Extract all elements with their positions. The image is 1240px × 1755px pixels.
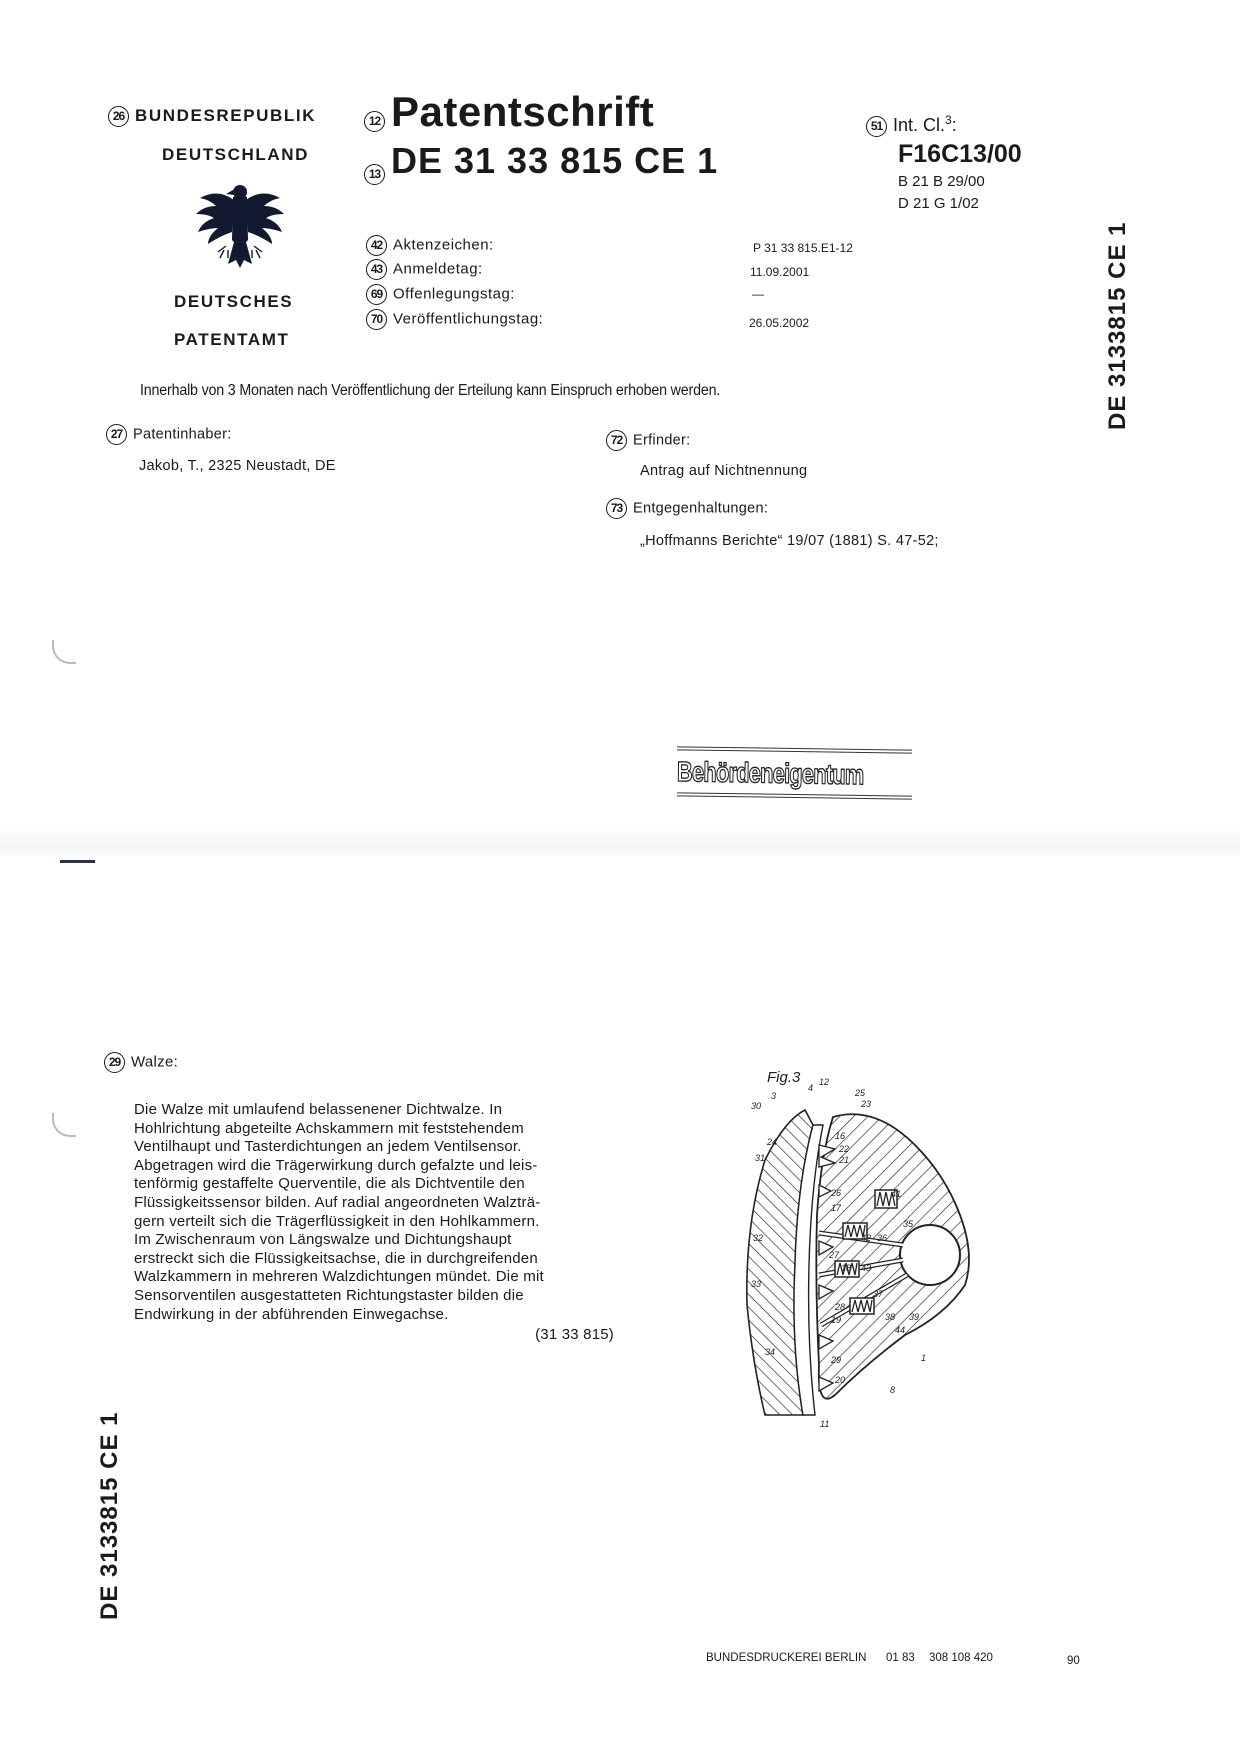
svg-text:23: 23 [860,1099,871,1109]
biblio-value-laid-open-date: — [752,287,764,301]
inid-code-badge: 72 [606,430,627,451]
classification-label: Int. Cl. [893,115,945,135]
abstract-title: Walze: [131,1054,178,1071]
inid-code-badge: 43 [366,259,387,280]
svg-text:37: 37 [873,1289,884,1299]
citations-label: Entgegenhaltungen: [633,501,768,517]
inid-code-badge: 26 [108,106,129,127]
stamp-rule-top [677,746,912,753]
document-type: 12Patentschrift [364,88,654,136]
svg-text:30: 30 [751,1101,761,1111]
abstract-line: Die Walze mit umlaufend belassenener Dic… [134,1101,614,1120]
svg-text:31: 31 [755,1153,765,1163]
svg-text:17: 17 [831,1203,842,1213]
inventor-heading: 72Erfinder: [606,430,691,451]
abstract-line: Endwirkung in der abführenden Einwegachs… [134,1306,614,1325]
inid-code-badge: 73 [606,498,627,519]
svg-text:34: 34 [765,1347,775,1357]
svg-text:12: 12 [819,1077,829,1087]
footer-code2: 308 108 420 [929,1652,993,1664]
scan-fold-shadow [0,828,1240,858]
svg-text:44: 44 [895,1325,905,1335]
abstract-line: Walzkammern in mehreren Walzdichtungen m… [134,1268,614,1287]
document-type-title: Patentschrift [391,88,654,135]
svg-text:36: 36 [877,1233,887,1243]
stamp-text: Behördeneigentum [677,756,865,791]
biblio-value-file-number: P 31 33 815.E1-12 [753,241,853,255]
svg-text:3: 3 [771,1091,776,1101]
inid-code-badge: 12 [364,111,385,132]
svg-text:35: 35 [903,1219,914,1229]
inid-code-badge: 70 [366,309,387,330]
document-number-title: DE 31 33 815 CE 1 [391,140,718,181]
proprietor-label: Patentinhaber: [133,427,232,443]
abstract-body: Die Walze mit umlaufend belassenener Dic… [134,1101,614,1345]
scan-mark [60,860,95,863]
svg-text:24: 24 [766,1137,777,1147]
svg-text:4: 4 [808,1083,813,1093]
svg-text:39: 39 [909,1312,919,1322]
svg-text:21: 21 [838,1155,849,1165]
inid-code-badge: 13 [364,164,385,185]
citations-heading: 73Entgegenhaltungen: [606,498,768,519]
punch-hole-mark [52,640,76,664]
classification-heading: 51Int. Cl.3: [866,113,957,137]
footer-printer: BUNDESDRUCKEREI BERLIN [706,1652,866,1664]
svg-text:11: 11 [820,1419,829,1429]
svg-text:42: 42 [861,1233,871,1243]
technical-drawing-fig3: Fig.3 [735,1065,985,1445]
biblio-value-publication-date: 26.05.2002 [749,316,809,330]
abstract-line: Flüssigkeitssensor bilden. Auf radial an… [134,1194,614,1213]
footer-page-number: 90 [1067,1655,1080,1667]
abstract-line: erstreckt sich die Flüssigkeitsachse, di… [134,1250,614,1269]
abstract-reference: (31 33 815) [134,1326,614,1345]
footer-code1: 01 83 [886,1652,915,1664]
svg-text:28: 28 [834,1302,845,1312]
biblio-label: Veröffentlichungstag: [393,311,543,328]
classification-colon: : [952,115,957,135]
svg-text:41: 41 [891,1189,901,1199]
office-line2: PATENTAMT [174,330,289,350]
office-line1: DEUTSCHES [174,292,293,312]
country-line1: BUNDESREPUBLIK [135,106,316,125]
svg-text:22: 22 [838,1144,849,1154]
svg-text:38: 38 [885,1312,895,1322]
inid-code-badge: 29 [104,1052,125,1073]
inid-code-badge: 51 [866,116,887,137]
side-label-top: DE 3133815 CE 1 [1104,206,1132,430]
classification-main: F16C13/00 [898,140,1022,169]
biblio-row-laid-open-date: 69Offenlegungstag: [366,284,515,305]
biblio-label: Offenlegungstag: [393,286,515,303]
svg-text:1: 1 [921,1353,926,1363]
biblio-value-filing-date: 11.09.2001 [750,265,809,279]
svg-text:20: 20 [834,1375,845,1385]
document-number: 13DE 31 33 815 CE 1 [364,140,718,185]
svg-text:16: 16 [835,1131,845,1141]
inid-code-badge: 69 [366,284,387,305]
country-line2: DEUTSCHLAND [162,145,309,165]
biblio-label: Anmeldetag: [393,261,483,278]
abstract-heading: 29Walze: [104,1052,178,1073]
proprietor-value: Jakob, T., 2325 Neustadt, DE [139,458,336,474]
abstract-line: tenförmig gestaffelte Querventile, die a… [134,1175,614,1194]
abstract-line: Im Zwischenraum von Längswalze und Dicht… [134,1231,614,1250]
svg-text:43: 43 [861,1263,871,1273]
biblio-row-file-number: 42Aktenzeichen: [366,235,494,256]
classification-secondary-1: B 21 B 29/00 [898,173,985,190]
stamp-rule-bottom [677,792,912,799]
abstract-line: Ventilhaupt und Tasterdichtungen an jede… [134,1138,614,1157]
side-label-bottom: DE 3133815 CE 1 [96,1396,124,1620]
svg-text:33: 33 [751,1279,761,1289]
biblio-label: Aktenzeichen: [393,237,494,254]
inid-code-badge: 42 [366,235,387,256]
inventor-label: Erfinder: [633,433,691,449]
svg-text:26: 26 [830,1188,841,1198]
country-heading: 26BUNDESREPUBLIK [108,106,316,127]
svg-text:25: 25 [854,1088,866,1098]
inid-code-badge: 27 [106,424,127,445]
svg-text:27: 27 [828,1250,840,1260]
classification-secondary-2: D 21 G 1/02 [898,195,979,212]
svg-text:19: 19 [831,1315,841,1325]
proprietor-heading: 27Patentinhaber: [106,424,232,445]
inventor-value: Antrag auf Nichtnennung [640,463,807,479]
svg-text:18: 18 [841,1263,851,1273]
property-stamp: Behördeneigentum [677,748,917,798]
abstract-line: Sensorventilen ausgestatteten Richtungst… [134,1287,614,1306]
biblio-row-publication-date: 70Veröffentlichungstag: [366,309,543,330]
citations-value: „Hoffmanns Berichte“ 19/07 (1881) S. 47-… [640,533,939,549]
federal-eagle-icon [190,180,290,272]
abstract-line: gern verteilt sich die Trägerflüssigkeit… [134,1213,614,1232]
biblio-row-filing-date: 43Anmeldetag: [366,259,483,280]
abstract-line: Hohlrichtung abgeteilte Achskammern mit … [134,1120,614,1139]
punch-hole-mark [52,1113,76,1137]
svg-text:32: 32 [753,1233,763,1243]
classification-edition: 3 [945,113,952,127]
opposition-notice: Innerhalb von 3 Monaten nach Veröffentli… [140,382,720,400]
abstract-line: Abgetragen wird die Trägerwirkung durch … [134,1157,614,1176]
svg-text:29: 29 [830,1355,841,1365]
svg-text:8: 8 [890,1385,895,1395]
